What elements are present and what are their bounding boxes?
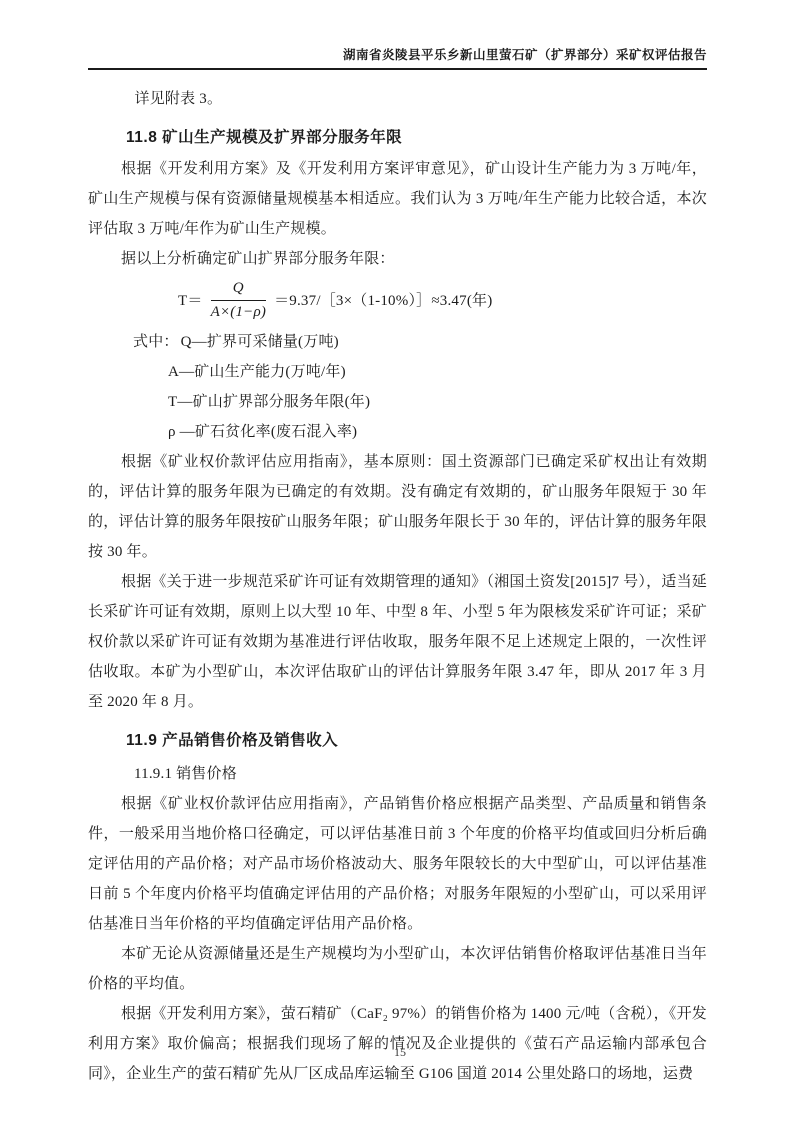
formula-lhs: T＝	[178, 291, 203, 311]
formula-denominator: A×(1−ρ)	[211, 301, 267, 322]
page-number: 15	[394, 1045, 406, 1059]
paragraph-price-determination: 根据《矿业权价款评估应用指南》，产品销售价格应根据产品类型、产品质量和销售条件，…	[88, 789, 707, 939]
formula-legend: 式中：Q—扩界可采储量(万吨) A—矿山生产能力(万吨/年) T—矿山扩界部分服…	[88, 327, 707, 447]
legend-row-q: 式中：Q—扩界可采储量(万吨)	[133, 327, 707, 357]
subsection-heading-11-9-1: 11.9.1 销售价格	[134, 759, 707, 789]
legend-item-rho: ρ —矿石贫化率(废石混入率)	[168, 424, 357, 440]
section-heading-11-9: 11.9 产品销售价格及销售收入	[126, 726, 707, 756]
legend-item-q: Q—扩界可采储量(万吨)	[181, 334, 339, 350]
paragraph-service-life-intro: 据以上分析确定矿山扩界部分服务年限：	[88, 244, 707, 274]
document-page: 湖南省炎陵县平乐乡新山里萤石矿（扩界部分）采矿权评估报告 详见附表 3。 11.…	[0, 0, 800, 1132]
legend-row-t: T—矿山扩界部分服务年限(年)	[168, 387, 707, 417]
header-title: 湖南省炎陵县平乐乡新山里萤石矿（扩界部分）采矿权评估报告	[343, 48, 707, 62]
paragraph-valuation-guideline: 根据《矿业权价款评估应用指南》，基本原则：国土资源部门已确定采矿权出让有效期的，…	[88, 447, 707, 567]
paragraph-license-validity: 根据《关于进一步规范采矿许可证有效期管理的通知》（湘国土资发[2015]7 号）…	[88, 567, 707, 717]
paragraph-production-scale: 根据《开发利用方案》及《开发利用方案评审意见》，矿山设计生产能力为 3 万吨/年…	[88, 154, 707, 244]
legend-item-t: T—矿山扩界部分服务年限(年)	[168, 394, 370, 410]
paragraph-see-appendix: 详见附表 3。	[88, 84, 707, 114]
legend-item-a: A—矿山生产能力(万吨/年)	[168, 364, 346, 380]
section-heading-11-8: 11.8 矿山生产规模及扩界部分服务年限	[126, 123, 707, 153]
legend-label: 式中：	[133, 334, 179, 350]
page-footer: 15	[0, 1044, 800, 1060]
formula-fraction: Q A×(1−ρ)	[211, 279, 267, 322]
page-content: 详见附表 3。 11.8 矿山生产规模及扩界部分服务年限 根据《开发利用方案》及…	[88, 84, 707, 1089]
legend-row-rho: ρ —矿石贫化率(废石混入率)	[168, 417, 707, 447]
formula-numerator: Q	[211, 279, 267, 301]
legend-row-a: A—矿山生产能力(万吨/年)	[168, 357, 707, 387]
running-header: 湖南省炎陵县平乐乡新山里萤石矿（扩界部分）采矿权评估报告	[88, 0, 707, 70]
formula-result: ＝9.37/［3×（1-10%）］≈3.47(年)	[274, 291, 492, 311]
paragraph-small-mine-price: 本矿无论从资源储量还是生产规模均为小型矿山，本次评估销售价格取评估基准日当年价格…	[88, 939, 707, 999]
service-life-formula: T＝ Q A×(1−ρ) ＝9.37/［3×（1-10%）］≈3.47(年)	[178, 279, 707, 322]
